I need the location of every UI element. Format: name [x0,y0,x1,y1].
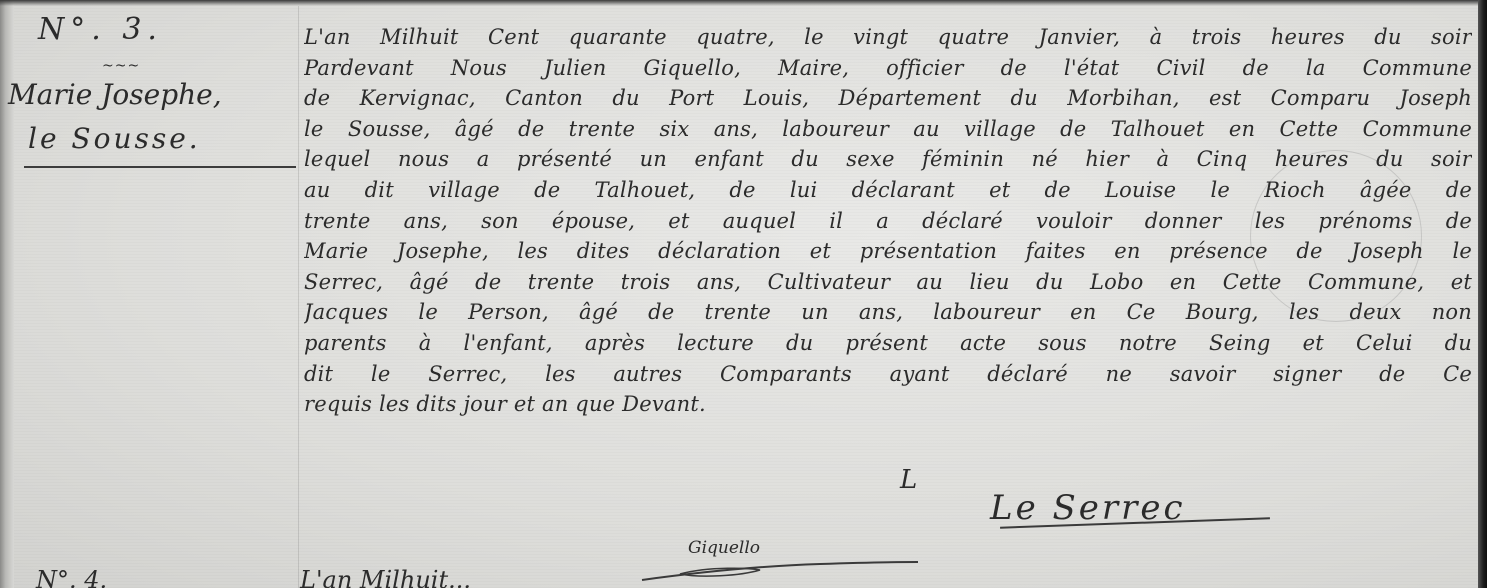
margin-underline [24,166,296,168]
margin-child-surname: le Sousse. [28,122,201,155]
body-line: L'an Milhuit Cent quarante quatre, le vi… [304,22,1472,53]
register-page: N°. 3. ~~~ Marie Josephe, le Sousse. L'a… [0,0,1478,588]
body-line-final: requis les dits jour et an que Devant. [304,389,1472,420]
body-line: au dit village de Talhouet, de lui décla… [304,175,1472,206]
scan-top-shadow [0,0,1478,6]
body-line: Serrec, âgé de trente trois ans, Cultiva… [304,267,1472,298]
body-line: trente ans, son épouse, et auquel il a d… [304,206,1472,237]
mayor-signature-flourish [640,560,920,582]
page-right-edge [1478,0,1487,588]
body-line: lequel nous a présenté un enfant du sexe… [304,144,1472,175]
next-entry-number: N°. 4. [36,566,107,588]
body-line: parents à l'enfant, après lecture du pré… [304,328,1472,359]
body-line: de Kervignac, Canton du Port Louis, Dépa… [304,83,1472,114]
body-line: Jacques le Person, âgé de trente un ans,… [304,297,1472,328]
body-line: Pardevant Nous Julien Giquello, Maire, o… [304,53,1472,84]
act-body: L'an Milhuit Cent quarante quatre, le vi… [304,22,1472,420]
margin-rule [298,6,299,588]
entry-number-flourish: ~~~ [102,58,140,74]
margin-child-given-name: Marie Josephe, [8,78,222,111]
next-entry-opening: L'an Milhuit... [300,566,471,588]
body-line: le Sousse, âgé de trente six ans, labour… [304,114,1472,145]
body-line: dit le Serrec, les autres Comparants aya… [304,359,1472,390]
declarant-mark: L [900,465,917,495]
body-line: Marie Josephe, les dites déclaration et … [304,236,1472,267]
mayor-signature: Giquello [688,538,760,558]
entry-number: N°. 3. [38,12,163,47]
